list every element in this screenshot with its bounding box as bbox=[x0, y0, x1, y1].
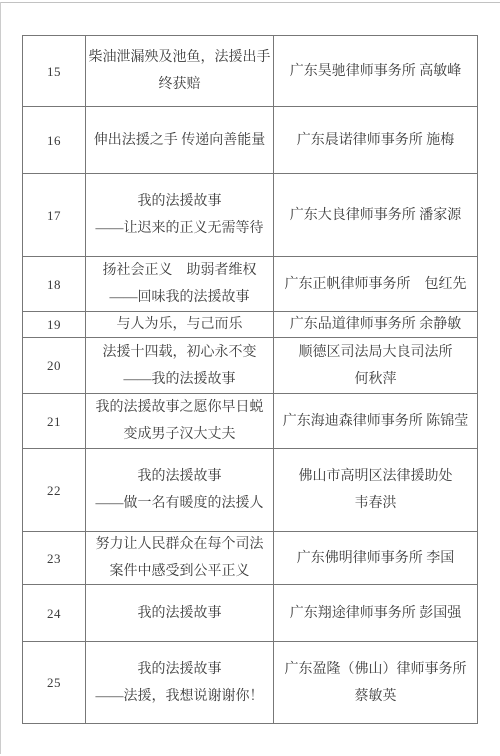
table-row: 20 法援十四载，初心永不变 ——我的法援故事 顺德区司法局大良司法所 何秋萍 bbox=[23, 337, 477, 393]
row-number-cell: 15 bbox=[23, 36, 85, 106]
table-row: 15 柴油泄漏殃及池鱼，法援出手 终获赔 广东昊驰律师事务所 高敏峰 bbox=[23, 36, 477, 106]
table-row: 19 与人为乐，与己而乐 广东品道律师事务所 余静敏 bbox=[23, 311, 477, 337]
row-number-cell: 22 bbox=[23, 449, 85, 531]
row-number-cell: 21 bbox=[23, 394, 85, 448]
table-row: 23 努力让人民群众在每个司法 案件中感受到公平正义 广东佛明律师事务所 李国 bbox=[23, 531, 477, 584]
table-row: 16 伸出法援之手 传递向善能量 广东晨诺律师事务所 施梅 bbox=[23, 106, 477, 173]
row-number-cell: 23 bbox=[23, 532, 85, 584]
table-row: 25 我的法援故事 ——法援，我想说谢谢你！ 广东盈隆（佛山）律师事务所 蔡敏英 bbox=[23, 641, 477, 723]
org-author-cell: 佛山市高明区法律援助处 韦春洪 bbox=[273, 449, 477, 531]
entry-title-cell: 扬社会正义 助弱者维权 ——回味我的法援故事 bbox=[85, 257, 273, 311]
entry-title-cell: 我的法援故事 bbox=[85, 585, 273, 641]
document-page: { "page": { "background": "#ffffff", "ta… bbox=[0, 0, 500, 756]
entry-title-cell: 我的法援故事 ——让迟来的正义无需等待 bbox=[85, 174, 273, 256]
row-number-cell: 24 bbox=[23, 585, 85, 641]
entry-title-cell: 努力让人民群众在每个司法 案件中感受到公平正义 bbox=[85, 532, 273, 584]
legal-aid-entries-table: 15 柴油泄漏殃及池鱼，法援出手 终获赔 广东昊驰律师事务所 高敏峰 16 伸出… bbox=[22, 35, 478, 724]
table-row: 17 我的法援故事 ——让迟来的正义无需等待 广东大良律师事务所 潘家源 bbox=[23, 173, 477, 256]
org-author-cell: 广东翔途律师事务所 彭国强 bbox=[273, 585, 477, 641]
entry-title-cell: 我的法援故事 ——法援，我想说谢谢你！ bbox=[85, 642, 273, 723]
table-row: 24 我的法援故事 广东翔途律师事务所 彭国强 bbox=[23, 584, 477, 641]
row-number-cell: 16 bbox=[23, 107, 85, 173]
page-edge-top-line bbox=[0, 2, 500, 3]
org-author-cell: 广东盈隆（佛山）律师事务所 蔡敏英 bbox=[273, 642, 477, 723]
entry-title-cell: 伸出法援之手 传递向善能量 bbox=[85, 107, 273, 173]
table-row: 22 我的法援故事 ——做一名有暖度的法援人 佛山市高明区法律援助处 韦春洪 bbox=[23, 448, 477, 531]
org-author-cell: 广东海迪森律师事务所 陈锦莹 bbox=[273, 394, 477, 448]
page-edge-left-line bbox=[0, 2, 1, 754]
org-author-cell: 广东昊驰律师事务所 高敏峰 bbox=[273, 36, 477, 106]
entry-title-cell: 我的法援故事之愿你早日蜕 变成男子汉大丈夫 bbox=[85, 394, 273, 448]
table-row: 18 扬社会正义 助弱者维权 ——回味我的法援故事 广东正帆律师事务所 包红先 bbox=[23, 256, 477, 311]
org-author-cell: 顺德区司法局大良司法所 何秋萍 bbox=[273, 338, 477, 393]
row-number-cell: 18 bbox=[23, 257, 85, 311]
entry-title-cell: 法援十四载，初心永不变 ——我的法援故事 bbox=[85, 338, 273, 393]
row-number-cell: 17 bbox=[23, 174, 85, 256]
org-author-cell: 广东佛明律师事务所 李国 bbox=[273, 532, 477, 584]
entry-title-cell: 与人为乐，与己而乐 bbox=[85, 312, 273, 337]
entry-title-cell: 我的法援故事 ——做一名有暖度的法援人 bbox=[85, 449, 273, 531]
row-number-cell: 20 bbox=[23, 338, 85, 393]
entry-title-cell: 柴油泄漏殃及池鱼，法援出手 终获赔 bbox=[85, 36, 273, 106]
org-author-cell: 广东正帆律师事务所 包红先 bbox=[273, 257, 477, 311]
row-number-cell: 19 bbox=[23, 312, 85, 337]
row-number-cell: 25 bbox=[23, 642, 85, 723]
org-author-cell: 广东晨诺律师事务所 施梅 bbox=[273, 107, 477, 173]
org-author-cell: 广东品道律师事务所 余静敏 bbox=[273, 312, 477, 337]
org-author-cell: 广东大良律师事务所 潘家源 bbox=[273, 174, 477, 256]
table-row: 21 我的法援故事之愿你早日蜕 变成男子汉大丈夫 广东海迪森律师事务所 陈锦莹 bbox=[23, 393, 477, 448]
